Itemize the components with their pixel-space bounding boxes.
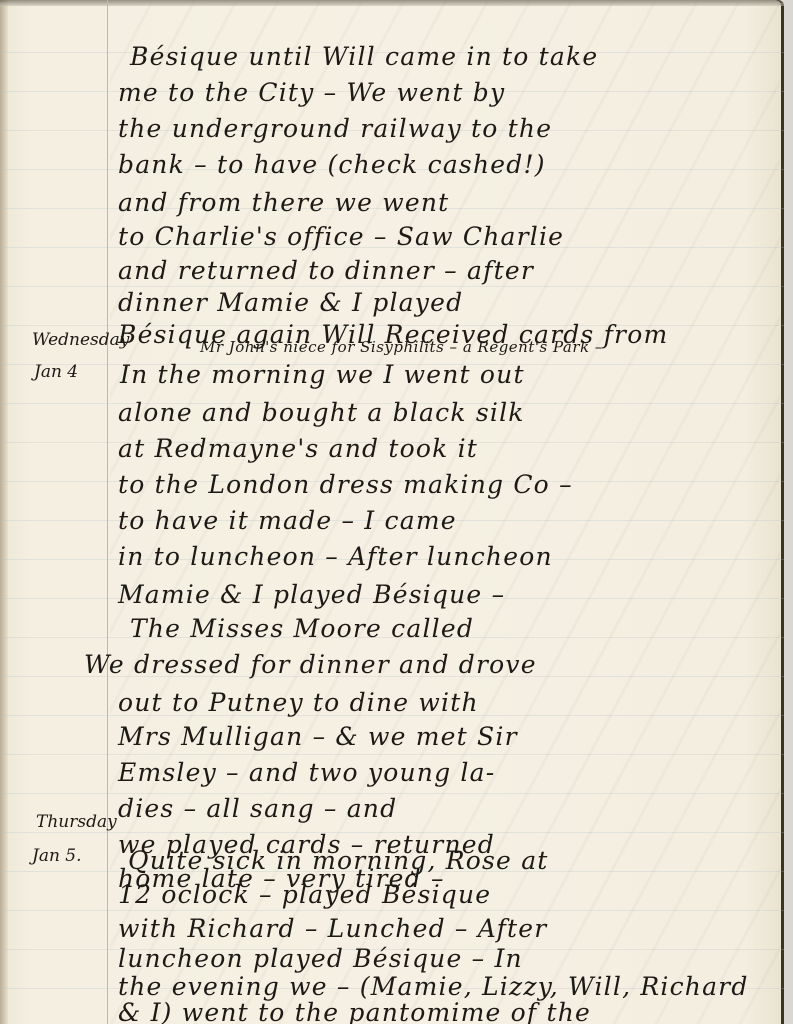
text-line: out to Putney to dine with bbox=[118, 690, 479, 715]
margin-day: Wednesday bbox=[32, 332, 129, 349]
text-line: dinner Mamie & I played bbox=[118, 290, 463, 315]
margin-day: Thursday bbox=[36, 814, 117, 831]
text-line: and from there we went bbox=[118, 190, 449, 215]
text-line: Bésique until Will came in to take bbox=[130, 44, 598, 69]
text-line: the evening we – (Mamie, Lizzy, Will, Ri… bbox=[118, 974, 749, 999]
text-line: & I) went to the pantomime of the bbox=[118, 1000, 591, 1024]
text-line: in to luncheon – After luncheon bbox=[118, 544, 553, 569]
diary-page: Bésique until Will came in to take me to… bbox=[0, 0, 784, 1024]
text-line: to the London dress making Co – bbox=[118, 472, 573, 497]
text-line: In the morning we I went out bbox=[120, 362, 525, 387]
text-line: 12 oclock – played Bésique bbox=[118, 882, 491, 907]
interlinear-note: Mr John's niece for Sisyphilits – a Rege… bbox=[200, 340, 603, 355]
margin-date: Jan 5. bbox=[32, 848, 82, 865]
text-line: me to the City – We went by bbox=[118, 80, 505, 105]
text-line: Mrs Mulligan – & we met Sir bbox=[118, 724, 518, 749]
text-line: with Richard – Lunched – After bbox=[118, 916, 547, 941]
text-line: luncheon played Bésique – In bbox=[118, 946, 523, 971]
text-line: to Charlie's office – Saw Charlie bbox=[118, 224, 564, 249]
text-line: Quite sick in morning, Rose at bbox=[128, 848, 549, 873]
text-line: The Misses Moore called bbox=[130, 616, 474, 641]
text-line: Mamie & I played Bésique – bbox=[118, 582, 505, 607]
text-line: the underground railway to the bbox=[118, 116, 552, 141]
text-line: to have it made – I came bbox=[118, 508, 457, 533]
text-line: We dressed for dinner and drove bbox=[84, 652, 537, 677]
text-line: dies – all sang – and bbox=[118, 796, 397, 821]
text-line: Emsley – and two young la- bbox=[118, 760, 495, 785]
text-line: alone and bought a black silk bbox=[118, 400, 525, 425]
margin-date: Jan 4 bbox=[34, 364, 78, 381]
text-line: at Redmayne's and took it bbox=[118, 436, 478, 461]
text-line: and returned to dinner – after bbox=[118, 258, 534, 283]
margin-rule bbox=[107, 0, 108, 1024]
text-line: bank – to have (check cashed!) bbox=[118, 152, 546, 177]
